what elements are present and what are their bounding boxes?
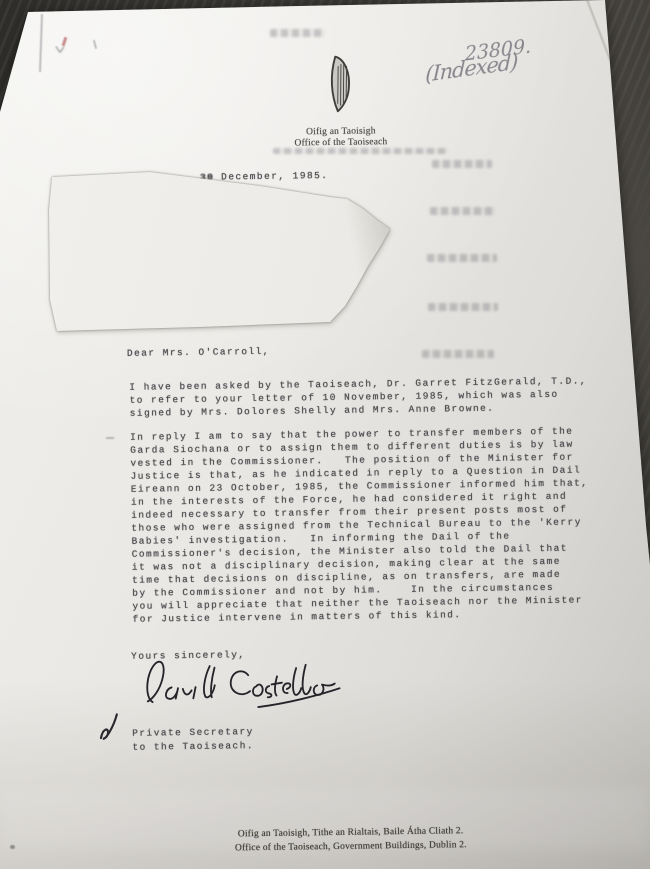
torn-patch-wrap	[0, 0, 650, 869]
patch-crease-shadow	[332, 197, 405, 319]
letter-paper: Oifig an Taoisigh Office of the Taoiseac…	[0, 0, 650, 869]
torn-paper-patch	[0, 0, 650, 869]
photographed-letter: Oifig an Taoisigh Office of the Taoiseac…	[0, 0, 650, 869]
paper-shadow-wrap: Oifig an Taoisigh Office of the Taoiseac…	[0, 0, 650, 869]
